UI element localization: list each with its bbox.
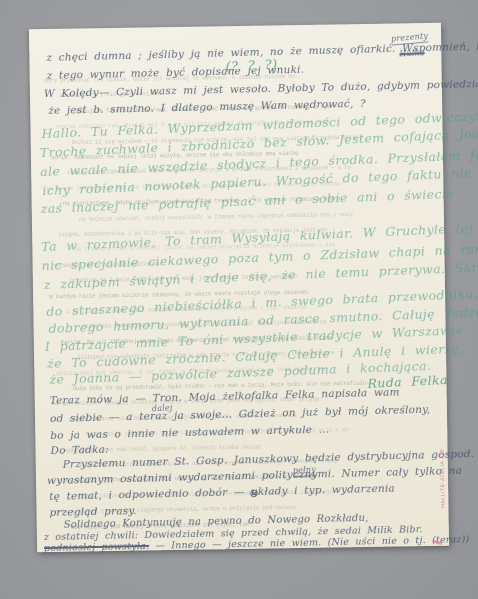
handwritten-line: przegląd prasy. — [49, 505, 136, 519]
struck-out-word: Hulka — [399, 48, 425, 58]
struck-out-phrase: podniosłej powstyła. — [44, 541, 149, 554]
scribble-circle: ⊗ — [248, 485, 265, 500]
typewriter-ghost-layer: derę przesunąć tym czasie. Gdzie już wcz… — [29, 23, 441, 29]
triple-question-marks: (? ? ?) — [225, 58, 278, 76]
paper-brand-stamp: HALLITE-ATELIA 425 — [440, 449, 447, 508]
handwritten-line: od siebie — a teraz ja swoje... Gdzież o… — [50, 404, 431, 425]
handwritten-line: bo ja was o innie nie ustawałem w artyku… — [50, 424, 329, 442]
letter-paper-sheet: derę przesunąć tym czasie. Gdzie już wcz… — [29, 23, 449, 552]
handwritten-line: Do Tadka: — [50, 444, 108, 457]
